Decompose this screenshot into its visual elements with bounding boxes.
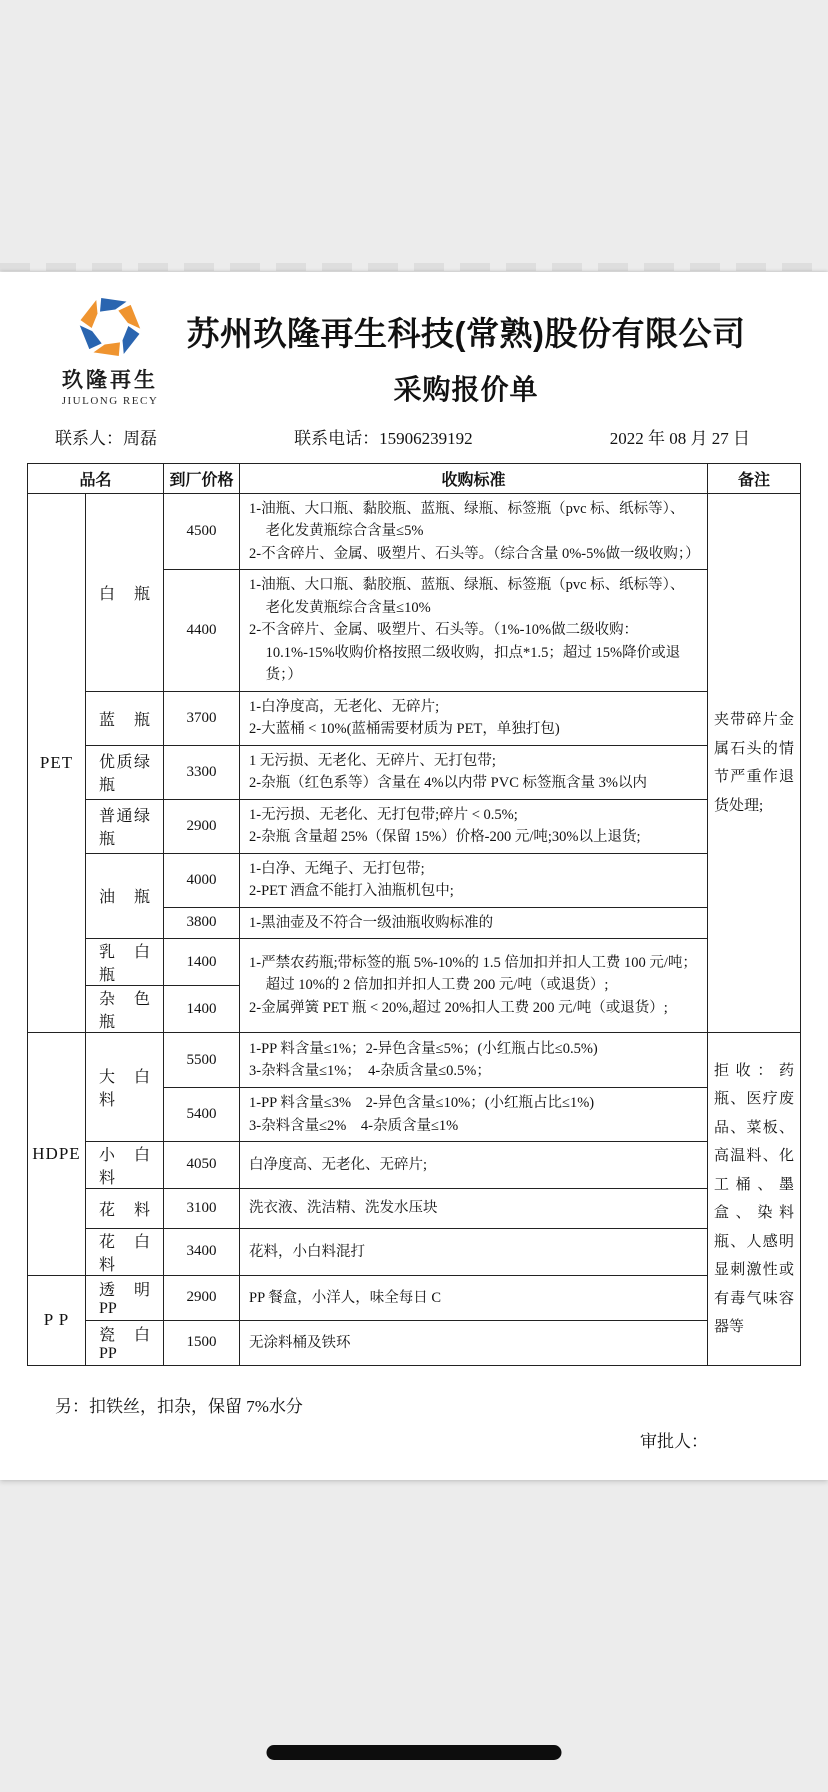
category-pet-cell: PET (27, 494, 85, 1033)
price-cell: 3400 (164, 1228, 240, 1275)
standard-cell: 1-PP 料含量≤3% 2-异色含量≤10%；(小红瓶占比≤1%) 3-杂料含量… (240, 1088, 708, 1142)
hexagon-pinwheel-logo-icon (77, 292, 143, 362)
quotation-document: 玖隆再生 JIULONG RECY 苏州玖隆再生科技(常熟)股份有限公司 采购报… (0, 272, 828, 1480)
price-cell: 1500 (164, 1320, 240, 1365)
standard-line: 3-杂料含量≤2% 4-杂质含量≤1% (249, 1115, 698, 1137)
standard-line: 白净度高、无老化、无碎片; (249, 1154, 698, 1176)
table-row: 优质绿瓶 3300 1 无污损、无老化、无碎片、无打包带; 2-杂瓶（红色系等）… (27, 745, 800, 799)
purchase-price-table: 品名 到厂价格 收购标准 备注 PET 白 瓶 4500 1-油瓶、大口瓶、黏胶… (27, 463, 801, 1366)
standard-line: 1 无污损、无老化、无碎片、无打包带; (249, 750, 698, 772)
header-remark: 备注 (708, 464, 801, 494)
standard-line: 1-白净、无绳子、无打包带; (249, 858, 698, 880)
deduction-note: 另：扣铁丝，扣杂，保留 7%水分 (55, 1392, 828, 1417)
table-row: 乳 白 瓶 1400 1-严禁农药瓶;带标签的瓶 5%-10%的 1.5 倍加扣… (27, 939, 800, 986)
table-row: 花 料 3100 洗衣液、洗洁精、洗发水压块 (27, 1188, 800, 1228)
standard-line: 1-严禁农药瓶;带标签的瓶 5%-10%的 1.5 倍加扣并扣人工费 100 元… (249, 952, 698, 997)
product-name-cell: 油 瓶 (85, 853, 163, 938)
table-row: HDPE 大 白 料 5500 1-PP 料含量≤1%；2-异色含量≤5%；(小… (27, 1033, 800, 1088)
header-price: 到厂价格 (164, 464, 240, 494)
standard-cell: 洗衣液、洗洁精、洗发水压块 (240, 1188, 708, 1228)
product-name-cell: 白 瓶 (85, 494, 163, 692)
standard-line: 2-金属弹簧 PET 瓶 < 20%,超过 20%扣人工费 200 元/吨（或退… (249, 997, 698, 1019)
standard-cell: 1-白净、无绳子、无打包带; 2-PET 酒盒不能打入油瓶机包中; (240, 853, 708, 907)
contact-label: 联系人： (55, 429, 123, 448)
standard-line: 2-杂瓶（红色系等）含量在 4%以内带 PVC 标签瓶含量 3%以内 (249, 772, 698, 794)
header-standard: 收购标准 (240, 464, 708, 494)
page-perforation-divider (0, 263, 828, 271)
price-cell: 2900 (164, 799, 240, 853)
phone-label: 联系电话： (294, 429, 379, 448)
company-name: 苏州玖隆再生科技(常熟)股份有限公司 (174, 308, 758, 355)
standard-line: 1-无污损、无老化、无打包带;碎片 < 0.5%; (249, 804, 698, 826)
table-row: 油 瓶 4000 1-白净、无绳子、无打包带; 2-PET 酒盒不能打入油瓶机包… (27, 853, 800, 907)
product-name-cell: 杂 色 瓶 (85, 986, 163, 1033)
table-header-row: 品名 到厂价格 收购标准 备注 (27, 464, 800, 494)
standard-line: 2-大蓝桶 < 10%(蓝桶需要材质为 PET，单独打包) (249, 718, 698, 740)
price-cell: 1400 (164, 986, 240, 1033)
contact-name: 周磊 (123, 429, 157, 448)
phone-number: 15906239192 (379, 429, 473, 448)
logo-chinese-name: 玖隆再生 (46, 364, 174, 394)
remark-pet-cell: 夹带碎片金属石头的情节严重作退货处理; (708, 494, 801, 1033)
table-row: 瓷 白 PP 1500 无涂料桶及铁环 (27, 1320, 800, 1365)
price-cell: 3100 (164, 1188, 240, 1228)
standard-cell: 无涂料桶及铁环 (240, 1320, 708, 1365)
document-header: 玖隆再生 JIULONG RECY 苏州玖隆再生科技(常熟)股份有限公司 采购报… (0, 272, 828, 408)
standard-cell: 1-油瓶、大口瓶、黏胶瓶、蓝瓶、绿瓶、标签瓶（pvc 标、纸标等）、老化发黄瓶综… (240, 494, 708, 570)
standard-line: 1-油瓶、大口瓶、黏胶瓶、蓝瓶、绿瓶、标签瓶（pvc 标、纸标等）、老化发黄瓶综… (249, 498, 698, 543)
product-name-cell: 小 白 料 (85, 1141, 163, 1188)
document-date: 2022 年 08 月 27 日 (610, 424, 750, 449)
product-name-cell: 瓷 白 PP (85, 1320, 163, 1365)
product-name-cell: 花 料 (85, 1188, 163, 1228)
product-name-cell: 普通绿瓶 (85, 799, 163, 853)
price-cell: 5500 (164, 1033, 240, 1088)
standard-line: 1-PP 料含量≤1%；2-异色含量≤5%；(小红瓶占比≤0.5%) (249, 1038, 698, 1060)
contact-phone: 联系电话：15906239192 (294, 424, 473, 449)
standard-line: 洗衣液、洗洁精、洗发水压块 (249, 1197, 698, 1219)
standard-cell: 1-白净度高，无老化、无碎片; 2-大蓝桶 < 10%(蓝桶需要材质为 PET，… (240, 691, 708, 745)
product-name-cell: 乳 白 瓶 (85, 939, 163, 986)
table-row: 花 白 料 3400 花料，小白料混打 (27, 1228, 800, 1275)
price-cell: 3700 (164, 691, 240, 745)
header-name: 品名 (27, 464, 163, 494)
price-cell: 3800 (164, 907, 240, 938)
standard-line: 2-杂瓶 含量超 25%（保留 15%）价格-200 元/吨;30%以上退货; (249, 826, 698, 848)
logo-english-name: JIULONG RECY (46, 395, 174, 407)
product-name-cell: 大 白 料 (85, 1033, 163, 1142)
standard-line: 花料，小白料混打 (249, 1241, 698, 1263)
product-name-cell: 优质绿瓶 (85, 745, 163, 799)
standard-cell: 1-PP 料含量≤1%；2-异色含量≤5%；(小红瓶占比≤0.5%) 3-杂料含… (240, 1033, 708, 1088)
remark-hdpe-pp-cell: 拒收：药瓶、医疗废品、菜板、高温料、化工桶、墨盒、染料瓶、人感明显刺激性或有毒气… (708, 1033, 801, 1366)
standard-cell: 1-黑油壶及不符合一级油瓶收购标准的 (240, 907, 708, 938)
standard-line: 无涂料桶及铁环 (249, 1332, 698, 1354)
table-row: 小 白 料 4050 白净度高、无老化、无碎片; (27, 1141, 800, 1188)
standard-line: 1-白净度高，无老化、无碎片; (249, 696, 698, 718)
title-block: 苏州玖隆再生科技(常熟)股份有限公司 采购报价单 (174, 284, 788, 408)
standard-line: 1-PP 料含量≤3% 2-异色含量≤10%；(小红瓶占比≤1%) (249, 1092, 698, 1114)
standard-line: PP 餐盒，小洋人，味全每日 C (249, 1287, 698, 1309)
price-cell: 4500 (164, 494, 240, 570)
table-row: P P 透 明 PP 2900 PP 餐盒，小洋人，味全每日 C (27, 1275, 800, 1320)
home-indicator[interactable] (267, 1745, 562, 1760)
price-cell: 4400 (164, 570, 240, 691)
standard-cell: PP 餐盒，小洋人，味全每日 C (240, 1275, 708, 1320)
standard-line: 2-PET 酒盒不能打入油瓶机包中; (249, 880, 698, 902)
standard-cell: 1 无污损、无老化、无碎片、无打包带; 2-杂瓶（红色系等）含量在 4%以内带 … (240, 745, 708, 799)
standard-line: 2-不含碎片、金属、吸塑片、石头等。（1%-10%做二级收购：10.1%-15%… (249, 619, 698, 686)
standard-line: 3-杂料含量≤1%； 4-杂质含量≤0.5%； (249, 1060, 698, 1082)
product-name-cell: 蓝 瓶 (85, 691, 163, 745)
price-cell: 1400 (164, 939, 240, 986)
contact-person: 联系人：周磊 (55, 424, 157, 449)
table-row: 普通绿瓶 2900 1-无污损、无老化、无打包带;碎片 < 0.5%; 2-杂瓶… (27, 799, 800, 853)
category-pp-cell: P P (27, 1275, 85, 1365)
price-cell: 4000 (164, 853, 240, 907)
product-name-cell: 花 白 料 (85, 1228, 163, 1275)
standard-cell: 花料，小白料混打 (240, 1228, 708, 1275)
category-hdpe-cell: HDPE (27, 1033, 85, 1276)
standard-line: 2-不含碎片、金属、吸塑片、石头等。（综合含量 0%-5%做一级收购；） (249, 543, 698, 565)
company-logo: 玖隆再生 JIULONG RECY (46, 284, 174, 408)
standard-line: 1-油瓶、大口瓶、黏胶瓶、蓝瓶、绿瓶、标签瓶（pvc 标、纸标等）、老化发黄瓶综… (249, 574, 698, 619)
standard-cell: 白净度高、无老化、无碎片; (240, 1141, 708, 1188)
price-cell: 2900 (164, 1275, 240, 1320)
approver-label: 审批人： (640, 1427, 828, 1452)
price-cell: 3300 (164, 745, 240, 799)
table-row: PET 白 瓶 4500 1-油瓶、大口瓶、黏胶瓶、蓝瓶、绿瓶、标签瓶（pvc … (27, 494, 800, 570)
price-cell: 5400 (164, 1088, 240, 1142)
standard-cell: 1-油瓶、大口瓶、黏胶瓶、蓝瓶、绿瓶、标签瓶（pvc 标、纸标等）、老化发黄瓶综… (240, 570, 708, 691)
standard-line: 1-黑油壶及不符合一级油瓶收购标准的 (249, 912, 698, 934)
standard-cell: 1-无污损、无老化、无打包带;碎片 < 0.5%; 2-杂瓶 含量超 25%（保… (240, 799, 708, 853)
table-row: 蓝 瓶 3700 1-白净度高，无老化、无碎片; 2-大蓝桶 < 10%(蓝桶需… (27, 691, 800, 745)
product-name-cell: 透 明 PP (85, 1275, 163, 1320)
contact-meta-row: 联系人：周磊 联系电话：15906239192 2022 年 08 月 27 日 (0, 424, 828, 449)
phone-screen: 玖隆再生 JIULONG RECY 苏州玖隆再生科技(常熟)股份有限公司 采购报… (0, 0, 828, 1792)
document-title: 采购报价单 (174, 368, 758, 408)
standard-cell: 1-严禁农药瓶;带标签的瓶 5%-10%的 1.5 倍加扣并扣人工费 100 元… (240, 939, 708, 1033)
price-cell: 4050 (164, 1141, 240, 1188)
